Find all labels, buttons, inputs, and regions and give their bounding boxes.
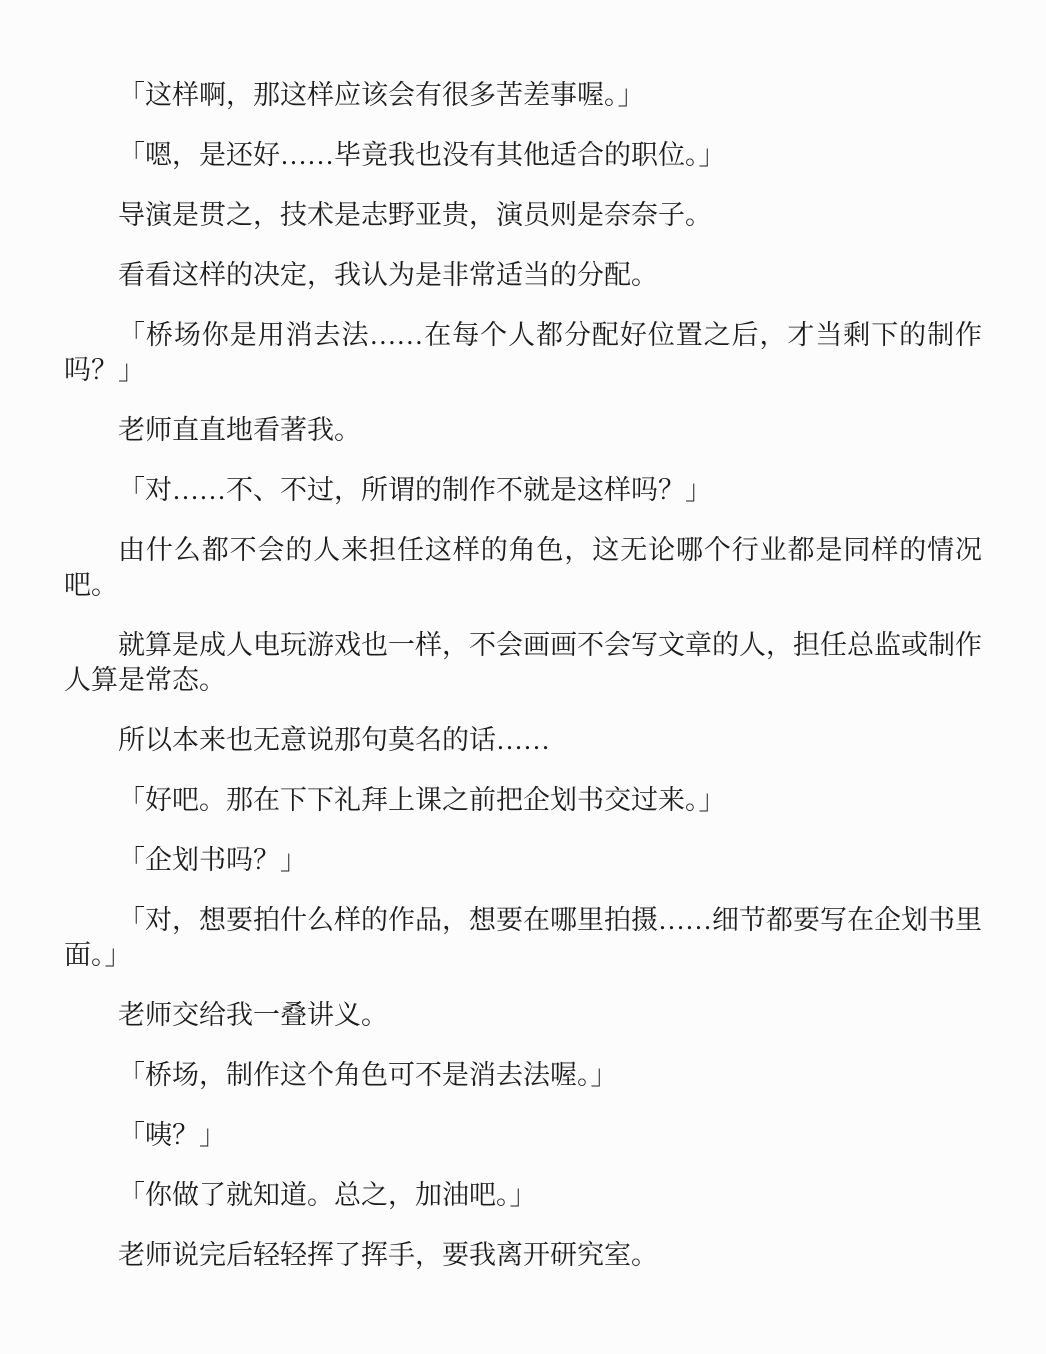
novel-paragraph: 所以本来也无意说那句莫名的话…… (64, 723, 982, 758)
novel-paragraph: 就算是成人电玩游戏也一样，不会画画不会写文章的人，担任总监或制作人算是常态。 (64, 628, 982, 698)
novel-paragraph: 「桥场，制作这个角色可不是消去法喔。」 (64, 1058, 982, 1093)
novel-paragraph: 「好吧。那在下下礼拜上课之前把企划书交过来。」 (64, 783, 982, 818)
novel-paragraph: 看看这样的决定，我认为是非常适当的分配。 (64, 258, 982, 293)
novel-paragraph: 老师直直地看著我。 (64, 413, 982, 448)
novel-paragraph: 「桥场你是用消去法……在每个人都分配好位置之后，才当剩下的制作吗？」 (64, 318, 982, 388)
novel-paragraph: 导演是贯之，技术是志野亚贵，演员则是奈奈子。 (64, 198, 982, 233)
novel-paragraph: 「你做了就知道。总之，加油吧。」 (64, 1178, 982, 1213)
novel-paragraph: 老师交给我一叠讲义。 (64, 998, 982, 1033)
novel-paragraph: 「嗯，是还好……毕竟我也没有其他适合的职位。」 (64, 138, 982, 173)
novel-paragraph: 老师说完后轻轻挥了挥手，要我离开研究室。 (64, 1238, 982, 1273)
novel-paragraph: 「企划书吗？」 (64, 843, 982, 878)
novel-page: 「这样啊，那这样应该会有很多苦差事喔。」 「嗯，是还好……毕竟我也没有其他适合的… (0, 0, 1046, 1354)
novel-paragraph: 「咦？」 (64, 1118, 982, 1153)
novel-paragraph: 「对……不、不过，所谓的制作不就是这样吗？」 (64, 473, 982, 508)
novel-paragraph: 由什么都不会的人来担任这样的角色，这无论哪个行业都是同样的情况吧。 (64, 533, 982, 603)
novel-paragraph: 「对，想要拍什么样的作品，想要在哪里拍摄……细节都要写在企划书里面。」 (64, 903, 982, 973)
novel-paragraph: 「这样啊，那这样应该会有很多苦差事喔。」 (64, 78, 982, 113)
